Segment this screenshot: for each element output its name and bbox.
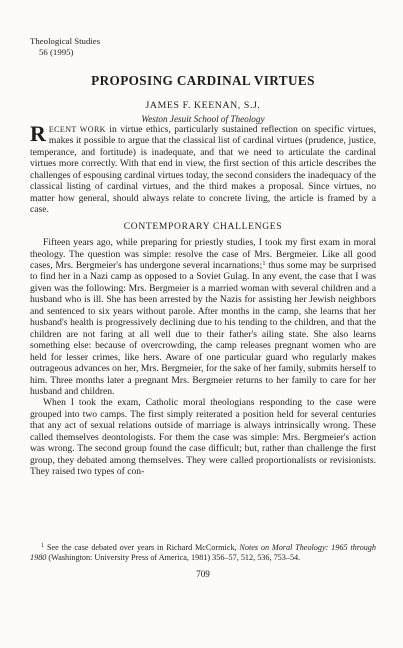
case-paragraph-part2: thus some may be surprised to find her i… bbox=[30, 260, 376, 397]
article-title: PROPOSING CARDINAL VIRTUES bbox=[30, 73, 376, 89]
case-paragraph: Fifteen years ago, while preparing for p… bbox=[30, 237, 376, 397]
article-affiliation: Weston Jesuit School of Theology bbox=[30, 114, 376, 124]
section-heading: CONTEMPORARY CHALLENGES bbox=[30, 222, 376, 233]
journal-issue: 56 (1995) bbox=[30, 47, 376, 58]
footnote-text-after-title: (Washington: University Press of America… bbox=[46, 553, 300, 562]
article-author: JAMES F. KEENAN, S.J. bbox=[30, 100, 376, 111]
journal-header: Theological Studies 56 (1995) bbox=[30, 36, 376, 57]
footnote: 1 See the case debated over years in Ric… bbox=[30, 543, 376, 563]
lead-small-caps: ECENT WORK bbox=[49, 125, 106, 134]
footnote-text-before-title: See the case debated over years in Richa… bbox=[44, 543, 239, 552]
intro-paragraph: RECENT WORK in virtue ethics, particular… bbox=[30, 124, 376, 216]
exam-paragraph: When I took the exam, Catholic moral the… bbox=[30, 397, 376, 477]
intro-paragraph-text: in virtue ethics, particularly sustained… bbox=[30, 124, 376, 215]
journal-name: Theological Studies bbox=[30, 36, 376, 47]
footnote-area: 1 See the case debated over years in Ric… bbox=[30, 543, 376, 579]
page-number: 709 bbox=[30, 569, 376, 579]
drop-cap: R bbox=[30, 124, 49, 143]
article-body: RECENT WORK in virtue ethics, particular… bbox=[30, 124, 376, 478]
journal-page: Theological Studies 56 (1995) PROPOSING … bbox=[0, 0, 403, 648]
